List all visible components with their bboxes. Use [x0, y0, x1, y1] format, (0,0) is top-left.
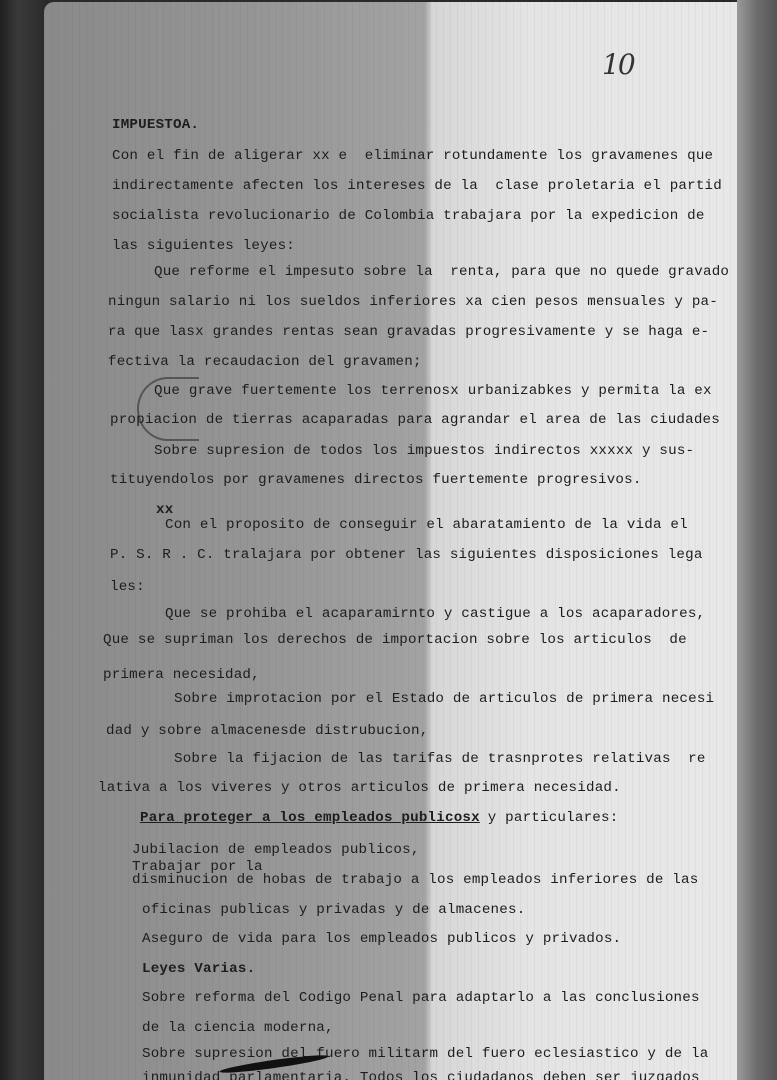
text-line: Jubilacion de empleados publicos, — [132, 842, 420, 858]
text-line: Que se prohiba el acaparamirnto y castig… — [165, 606, 705, 622]
text-line: Que reforme el impesuto sobre la renta, … — [154, 264, 729, 280]
text-line: tituyendolos por gravamenes directos fue… — [110, 472, 642, 488]
document-title: IMPUESTOA. — [112, 117, 199, 133]
text-line: dad y sobre almacenesde distrubucion, — [106, 723, 428, 739]
scan-left-edge — [0, 0, 45, 1080]
text-line: fectiva la recaudacion del gravamen; — [108, 354, 422, 370]
text-line: Con el proposito de conseguir el abarata… — [165, 517, 688, 533]
subsection-heading: Leyes Varias. — [142, 961, 255, 977]
text-line: indirectamente afecten los intereses de … — [112, 178, 722, 194]
text-line: Sobre supresion de todos los impuestos i… — [154, 443, 694, 459]
text-line: Sobre supresion del fuero militarm del f… — [142, 1046, 708, 1062]
text-line: disminucion de hobas de trabajo a los em… — [132, 872, 698, 888]
text-line: propiacion de tierras acaparadas para ag… — [110, 412, 720, 428]
text-line: Sobre reforma del Codigo Penal para adap… — [142, 990, 700, 1006]
typewritten-page: 10 IMPUESTOA. Con el fin de aligerar xx … — [44, 2, 737, 1080]
text-line: socialista revolucionario de Colombia tr… — [112, 208, 705, 224]
text-line: lativa a los viveres y otros articulos d… — [98, 780, 621, 796]
text-line: P. S. R . C. tralajara por obtener las s… — [110, 547, 703, 563]
text-line: primera necesidad, — [103, 667, 260, 683]
strike-mark: xx — [156, 502, 173, 518]
page-number: 10 — [602, 48, 634, 81]
scan-right-edge — [737, 0, 777, 1080]
text-line: oficinas publicas y privadas y de almace… — [142, 902, 525, 918]
text-line: las siguientes leyes: — [112, 238, 295, 254]
text-line: Sobre improtacion por el Estado de artic… — [174, 691, 714, 707]
text-line: Que se supriman los derechos de importac… — [103, 632, 687, 648]
text-line: ra que lasx grandes rentas sean gravadas… — [108, 324, 709, 340]
text-line: ningun salario ni los sueldos inferiores… — [108, 294, 718, 310]
text-line: Sobre la fijacion de las tarifas de tras… — [174, 751, 706, 767]
section-heading-suffix: y particulares: — [479, 810, 618, 826]
section-heading: Para proteger a los empleados publicosx — [140, 810, 480, 826]
text-line: Que grave fuertemente los terrenosx urba… — [154, 383, 712, 399]
text-line: les: — [110, 579, 145, 595]
text-line: de la ciencia moderna, — [142, 1020, 334, 1036]
text-line: Aseguro de vida para los empleados publi… — [142, 931, 621, 947]
text-line: Con el fin de aligerar xx e eliminar rot… — [112, 148, 713, 164]
